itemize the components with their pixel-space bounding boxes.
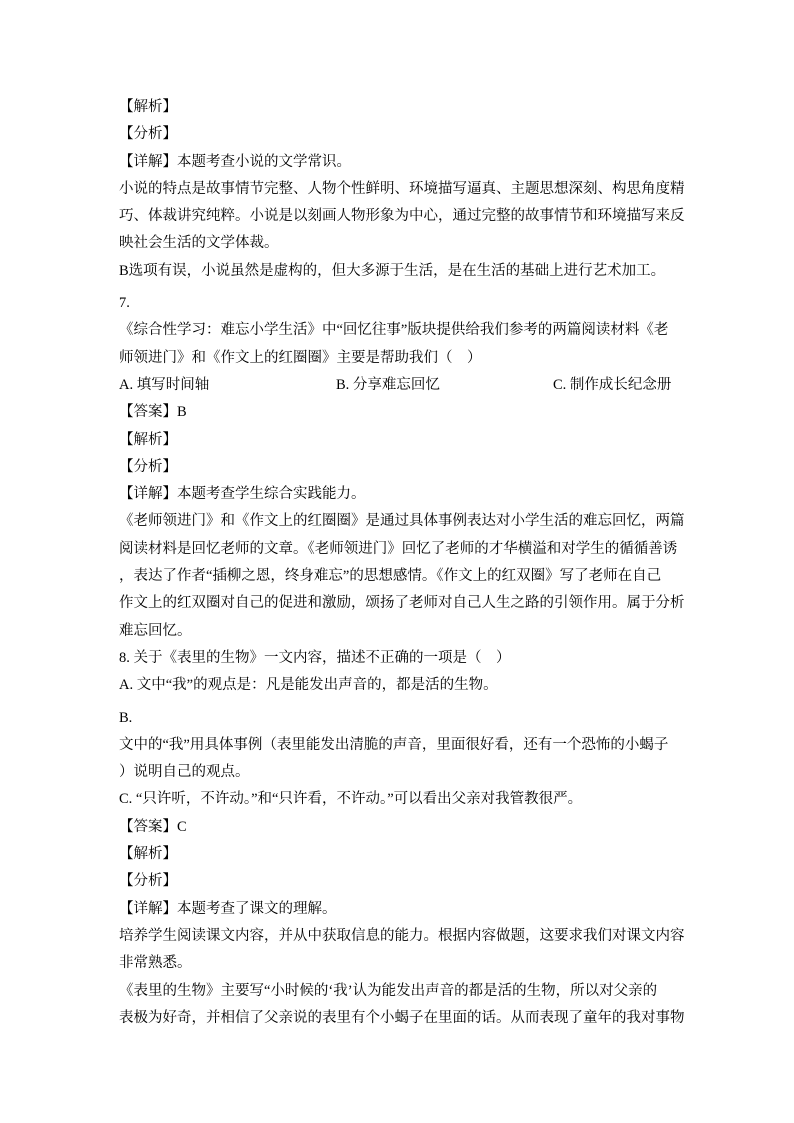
- q7-number: 7.: [119, 290, 681, 317]
- q7-answer-line: 【答案】B: [119, 399, 681, 426]
- q7-explanation-line: 《老师领进门》和《作文上的红圈圈》是通过具体事例表达对小学生活的难忘回忆，两篇: [119, 508, 681, 535]
- q8-option-a: A. 文中“我”的观点是：凡是能发出声音的，都是活的生物。: [119, 672, 681, 699]
- q8-option-b-line: ）说明自己的观点。: [119, 759, 681, 786]
- q6-analysis-header: 【解析】: [119, 94, 681, 121]
- q7-option-a: A. 填写时间轴: [119, 372, 336, 399]
- q7-explanation-line: 难忘回忆。: [119, 618, 681, 645]
- q8-option-c: C. “只许听，不许动。”和“只许看，不许动。”可以看出父亲对我管教很严。: [119, 786, 681, 813]
- q8-breakdown-header: 【分析】: [119, 868, 681, 895]
- q7-analysis-header: 【解析】: [119, 427, 681, 454]
- q8-option-b-line: 文中的“我”用具体事例（表里能发出清脆的声音，里面很好看，还有一个恐怖的小蝎子: [119, 732, 681, 759]
- q6-breakdown-header: 【分析】: [119, 121, 681, 148]
- q8-detail-line: 【详解】本题考查了课文的理解。: [119, 896, 681, 923]
- q7-detail-line: 【详解】本题考查学生综合实践能力。: [119, 481, 681, 508]
- q7-stem-line: 师领进门》和《作文上的红圈圈》主要是帮助我们（ ）: [119, 345, 681, 372]
- q8-answer-line: 【答案】C: [119, 814, 681, 841]
- document-page: 【解析】 【分析】 【详解】本题考查小说的文学常识。 小说的特点是故事情节完整、…: [0, 0, 794, 1123]
- q8-explanation-line: 《表里的生物》主要写“小时候的‘我’认为能发出声音的都是活的生物，所以对父亲的: [119, 978, 681, 1005]
- q7-option-b: B. 分享难忘回忆: [336, 372, 553, 399]
- q8-explanation-line: 培养学生阅读课文内容，并从中获取信息的能力。根据内容做题，这要求我们对课文内容: [119, 923, 681, 950]
- q6-explanation-line: 映社会生活的文学体裁。: [119, 230, 681, 257]
- q8-stem: 8. 关于《表里的生物》一文内容，描述不正确的一项是（ ）: [119, 645, 681, 672]
- q6-option-note: B选项有误，小说虽然是虚构的，但大多源于生活，是在生活的基础上进行艺术加工。: [119, 258, 681, 285]
- q6-detail-line: 【详解】本题考查小说的文学常识。: [119, 149, 681, 176]
- q7-options-row: A. 填写时间轴 B. 分享难忘回忆 C. 制作成长纪念册: [119, 372, 681, 399]
- q7-stem-line: 《综合性学习：难忘小学生活》中“回忆往事”版块提供给我们参考的两篇阅读材料《老: [119, 317, 681, 344]
- q7-explanation-line: 作文上的红双圈对自己的促进和激励，颂扬了老师对自己人生之路的引领作用。属于分析: [119, 590, 681, 617]
- q6-explanation-line: 巧、体裁讲究纯粹。小说是以刻画人物形象为中心，通过完整的故事情节和环境描写来反: [119, 203, 681, 230]
- q8-analysis-header: 【解析】: [119, 841, 681, 868]
- q8-explanation-line: 表极为好奇，并相信了父亲说的表里有个小蝎子在里面的话。从而表现了童年的我对事物: [119, 1005, 681, 1032]
- document-text-block: 【解析】 【分析】 【详解】本题考查小说的文学常识。 小说的特点是故事情节完整、…: [119, 94, 681, 1032]
- q7-explanation-line: ，表达了作者“插柳之恩，终身难忘”的思想感情。《作文上的红双圈》写了老师在自己: [119, 563, 681, 590]
- q7-option-c: C. 制作成长纪念册: [553, 372, 671, 399]
- q6-explanation-line: 小说的特点是故事情节完整、人物个性鲜明、环境描写逼真、主题思想深刻、构思角度精: [119, 176, 681, 203]
- q7-explanation-line: 阅读材料是回忆老师的文章。《老师领进门》回忆了老师的才华横溢和对学生的循循善诱: [119, 536, 681, 563]
- q7-breakdown-header: 【分析】: [119, 454, 681, 481]
- q8-explanation-line: 非常熟悉。: [119, 950, 681, 977]
- q8-option-b-label: B.: [119, 705, 681, 732]
